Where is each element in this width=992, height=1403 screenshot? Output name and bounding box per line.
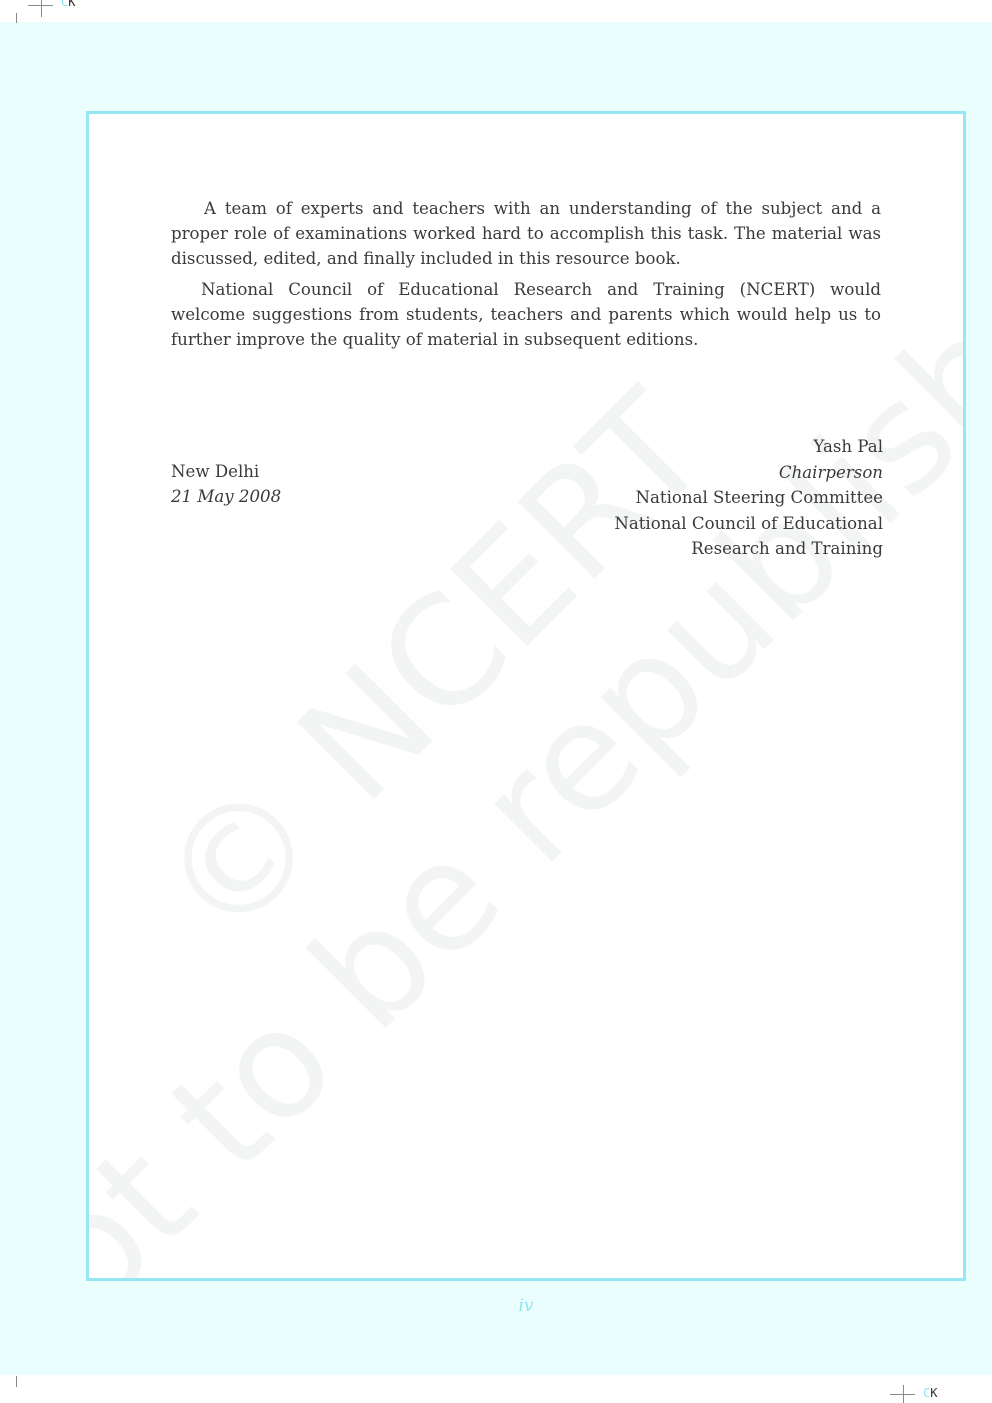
paragraph: A team of experts and teachers with an u… [171, 196, 881, 271]
signature-block: Yash Pal Chairperson National Steering C… [614, 434, 883, 562]
crop-mark [16, 13, 17, 23]
date: 21 May 2008 [171, 484, 281, 509]
registration-mark-top-left: CK [61, 0, 75, 9]
content-frame: © NCERT not to be republished A team of … [86, 111, 966, 1281]
crop-mark [41, 0, 42, 17]
body-text: A team of experts and teachers with an u… [171, 196, 881, 358]
crop-mark [903, 1385, 904, 1403]
registration-mark-bottom-right: CK [923, 1386, 937, 1400]
committee-name: National Steering Committee [614, 485, 883, 511]
organization-line-1: National Council of Educational [614, 511, 883, 537]
crop-mark [16, 1376, 17, 1387]
signatory-name: Yash Pal [614, 434, 883, 460]
place-date: New Delhi 21 May 2008 [171, 459, 281, 509]
organization-line-2: Research and Training [614, 536, 883, 562]
paragraph: National Council of Educational Research… [171, 277, 881, 352]
signatory-title: Chairperson [614, 460, 883, 486]
place: New Delhi [171, 459, 281, 484]
page-number: iv [0, 1296, 992, 1316]
